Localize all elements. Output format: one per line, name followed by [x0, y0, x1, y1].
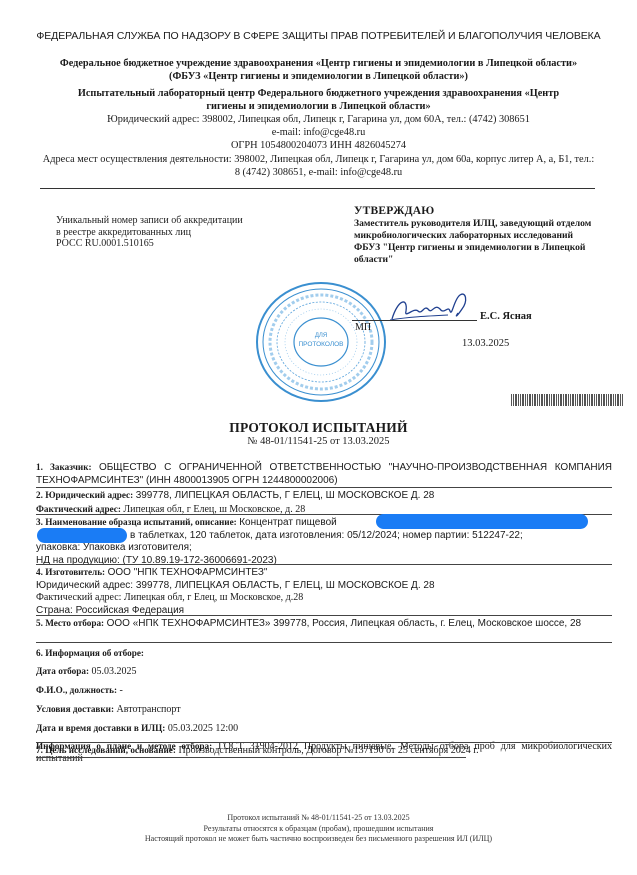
- section-4-legal: Юридический адрес: 399778, ЛИПЕЦКАЯ ОБЛА…: [36, 580, 612, 593]
- footer-line2: Результаты относятся к образцам (пробам)…: [0, 824, 637, 835]
- section-manufacturer: 4. Изготовитель: ООО "НПК ТЕХНОФАРМСИНТЕ…: [36, 566, 612, 617]
- section-4-fact: Фактический адрес: Липецкая обл, г Елец,…: [36, 592, 612, 605]
- official-stamp: ДЛЯ ПРОТОКОЛОВ: [254, 280, 388, 404]
- accreditation-number: РОСС RU.0001.510165: [56, 238, 243, 250]
- header-divider: [40, 188, 595, 189]
- barcode: [511, 393, 623, 405]
- divider: [36, 487, 612, 488]
- fio-value: -: [120, 685, 123, 696]
- section-legal-address: 2. Юридический адрес: 399778, ЛИПЕЦКАЯ О…: [36, 489, 612, 516]
- delivery-conditions-label: Условия доставки:: [36, 704, 114, 714]
- sampling-date-value: 05.03.2025: [92, 666, 137, 677]
- legal-address: Юридический адрес: 398002, Липецкая обл,…: [0, 113, 637, 126]
- section-3-label: 3. Наименование образца испытаний, описа…: [36, 517, 237, 527]
- section-3-value-b: в таблетках, 120 таблеток, дата изготовл…: [130, 530, 523, 541]
- delivery-datetime-value: 05.03.2025 12:00: [168, 723, 238, 734]
- approval-block: УТВЕРЖДАЮ Заместитель руководителя ИЛЦ, …: [354, 205, 594, 266]
- signature-line: [352, 320, 477, 321]
- accreditation-line2: в реестре аккредитованных лиц: [56, 227, 243, 239]
- section-4-value: ООО "НПК ТЕХНОФАРМСИНТЕЗ": [108, 567, 268, 578]
- footer-line1: Протокол испытаний № 48-01/11541-25 от 1…: [0, 813, 637, 824]
- divider: [36, 757, 466, 758]
- sampling-date-label: Дата отбора:: [36, 666, 89, 676]
- divider: [36, 564, 612, 565]
- stamp-center-line1: ДЛЯ: [315, 333, 327, 339]
- institution-line2: (ФБУЗ «Центр гигиены и эпидемиологии в Л…: [0, 70, 637, 83]
- institution-line1: Федеральное бюджетное учреждение здравоо…: [0, 57, 637, 70]
- section-2-fact-value: Липецкая обл, г Елец, ш Московское, д. 2…: [123, 504, 305, 515]
- section-7-value: Производственный контроль, Договор №1371…: [178, 745, 478, 756]
- protocol-number: № 48-01/11541-25 от 13.03.2025: [0, 436, 637, 447]
- section-7-label: 7. Цель исследований, основание:: [36, 745, 176, 755]
- lab-center-name: Испытательный лабораторный центр Федерал…: [0, 87, 637, 113]
- approval-date: 13.03.2025: [462, 338, 509, 349]
- section-4-label: 4. Изготовитель:: [36, 567, 105, 577]
- protocol-title: ПРОТОКОЛ ИСПЫТАНИЙ: [0, 420, 637, 436]
- section-3-pack: упаковка: Упаковка изготовителя;: [36, 542, 612, 555]
- institution-name: Федеральное бюджетное учреждение здравоо…: [0, 57, 637, 83]
- divider: [36, 615, 612, 616]
- section-2-label: 2. Юридический адрес:: [36, 490, 133, 500]
- stamp-mark: МП: [355, 322, 371, 333]
- divider: [36, 642, 612, 643]
- accreditation-block: Уникальный номер записи об аккредитации …: [56, 215, 243, 250]
- stamp-center-line2: ПРОТОКОЛОВ: [298, 341, 343, 348]
- page-footer: Протокол испытаний № 48-01/11541-25 от 1…: [0, 813, 637, 845]
- section-2-fact-label: Фактический адрес:: [36, 504, 121, 514]
- divider: [36, 742, 612, 743]
- section-1-label: 1. Заказчик:: [36, 462, 92, 472]
- redaction-mark: [37, 528, 127, 543]
- section-6-label: 6. Информация об отборе:: [36, 644, 612, 662]
- section-2-value: 399778, ЛИПЕЦКАЯ ОБЛАСТЬ, Г ЕЛЕЦ, Ш МОСК…: [136, 490, 435, 501]
- delivery-conditions-value: Автотранспорт: [117, 704, 181, 715]
- approval-title: УТВЕРЖДАЮ: [354, 205, 637, 217]
- agency-header: ФЕДЕРАЛЬНАЯ СЛУЖБА ПО НАДЗОРУ В СФЕРЕ ЗА…: [0, 30, 637, 43]
- section-5-label: 5. Место отбора:: [36, 618, 104, 628]
- fio-label: Ф.И.О., должность:: [36, 685, 117, 695]
- footer-line3: Настоящий протокол не может быть частичн…: [0, 834, 637, 845]
- section-5-value: ООО «НПК ТЕХНОФАРМСИНТЕЗ» 399778, Россия…: [107, 618, 582, 629]
- accreditation-line1: Уникальный номер записи об аккредитации: [56, 215, 243, 227]
- delivery-datetime-label: Дата и время доставки в ИЛЦ:: [36, 723, 165, 733]
- signatory-name: Е.С. Ясная: [480, 311, 532, 322]
- section-purpose: 7. Цель исследований, основание: Произво…: [36, 744, 612, 758]
- redaction-mark: [376, 514, 588, 529]
- activity-address: Адреса мест осуществления деятельности: …: [0, 153, 637, 179]
- section-customer: 1. Заказчик: ОБЩЕСТВО С ОГРАНИЧЕННОЙ ОТВ…: [36, 461, 612, 487]
- section-sampling-place: 5. Место отбора: ООО «НПК ТЕХНОФАРМСИНТЕ…: [36, 617, 612, 631]
- email: e-mail: info@cge48.ru: [0, 126, 637, 139]
- ogrn-inn: ОГРН 1054800204073 ИНН 4826045274: [0, 139, 637, 152]
- approval-position: Заместитель руководителя ИЛЦ, заведующий…: [354, 218, 594, 266]
- section-3-value-a: Концентрат пищевой: [239, 517, 336, 528]
- section-1-value: ОБЩЕСТВО С ОГРАНИЧЕННОЙ ОТВЕТСТВЕННОСТЬЮ…: [36, 462, 612, 486]
- signature: [388, 289, 474, 327]
- lab-center-block: Испытательный лабораторный центр Федерал…: [0, 87, 637, 152]
